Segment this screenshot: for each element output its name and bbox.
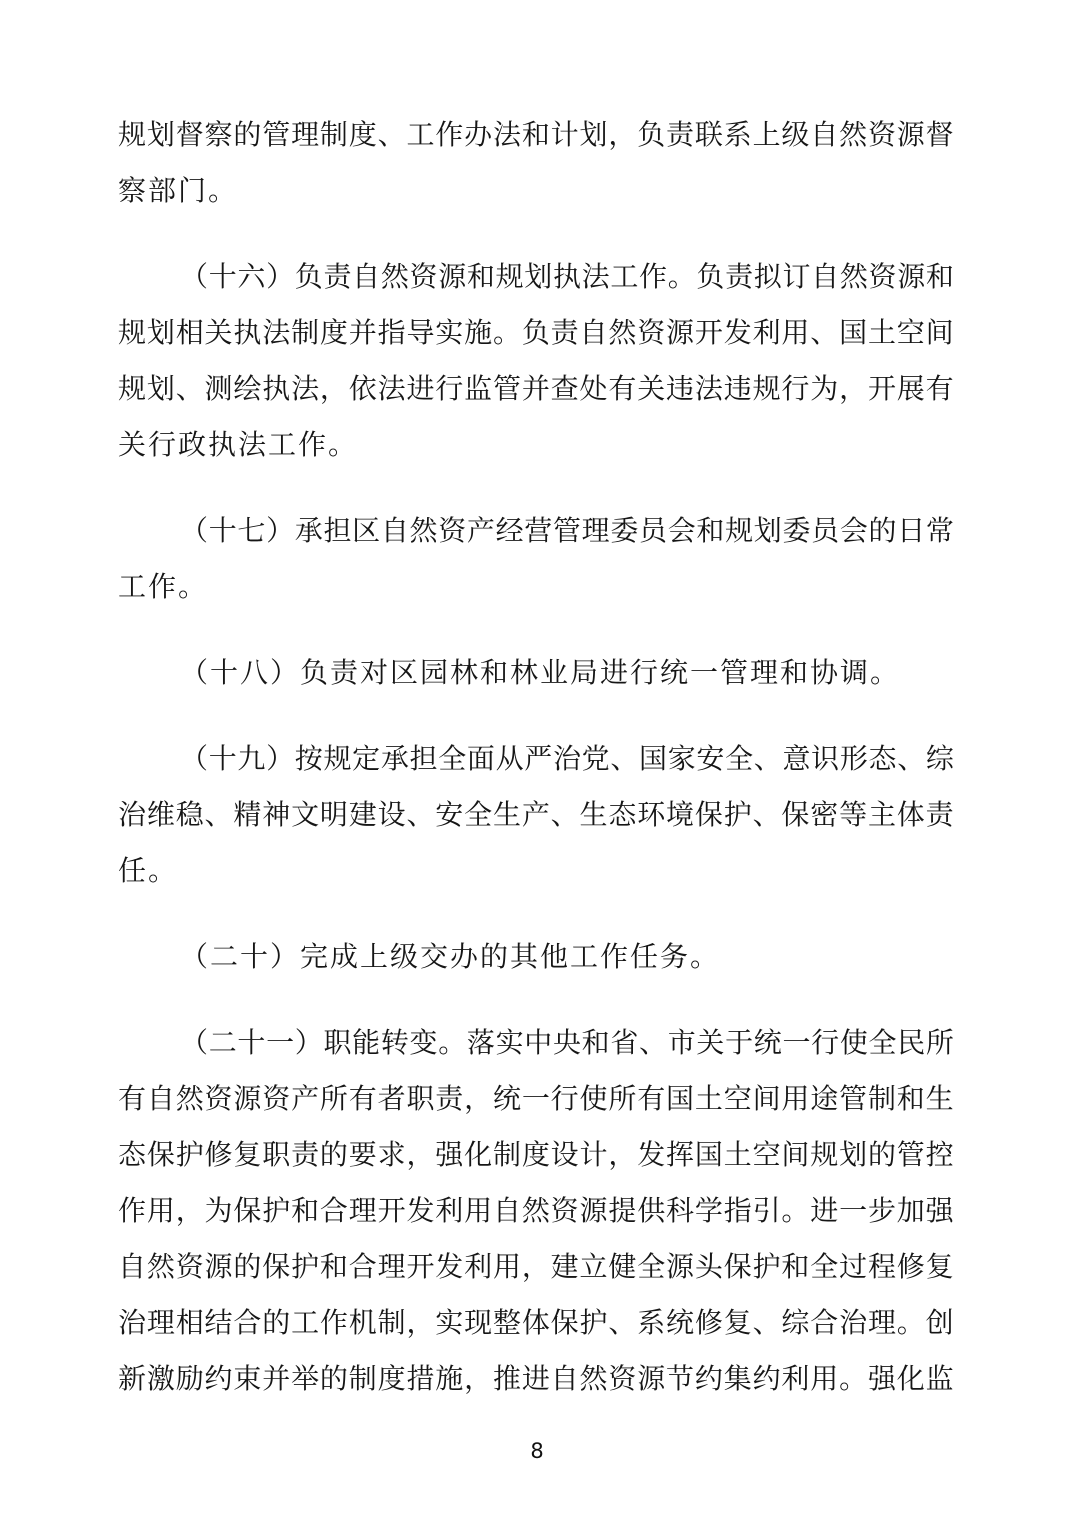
text-char: （ bbox=[180, 732, 208, 788]
text-char: 然 bbox=[522, 1184, 550, 1240]
text-char: 明 bbox=[320, 788, 348, 844]
text-char: （ bbox=[180, 1016, 208, 1072]
text-char: 机 bbox=[349, 1296, 377, 1352]
text-char: 一 bbox=[266, 1016, 294, 1072]
text-char: 九 bbox=[237, 732, 265, 788]
text-char: 实 bbox=[435, 306, 463, 362]
text-line: （十六）负责自然资源和规划执法工作。负责拟订自然资源和 bbox=[118, 250, 954, 306]
text-char: 划 bbox=[580, 108, 608, 164]
text-char: 约 bbox=[695, 1352, 723, 1408]
text-char: ， bbox=[406, 1296, 434, 1352]
text-char: 负 bbox=[696, 250, 724, 306]
text-char: 化 bbox=[897, 1352, 925, 1408]
text-char: 自 bbox=[493, 1184, 521, 1240]
text-char: 全 bbox=[869, 1016, 897, 1072]
text-char: 的 bbox=[233, 1240, 261, 1296]
text-char: 全 bbox=[464, 788, 492, 844]
text-char: 和 bbox=[291, 1184, 319, 1240]
text-char: 和 bbox=[522, 108, 550, 164]
text-char: 保 bbox=[233, 1184, 261, 1240]
text-char: 办 bbox=[464, 108, 492, 164]
text-line: （二十一）职能转变。落实中央和省、市关于统一行使全民所 bbox=[118, 1016, 954, 1072]
text-char: 督 bbox=[176, 108, 204, 164]
text-char: 委 bbox=[610, 504, 638, 560]
text-char: 担 bbox=[323, 504, 351, 560]
text-char: 生 bbox=[493, 788, 521, 844]
text-char: 保 bbox=[551, 1296, 579, 1352]
text-char: 体 bbox=[897, 788, 925, 844]
text-char: 监 bbox=[464, 362, 492, 418]
text-char: 法 bbox=[695, 362, 723, 418]
text-char: 步 bbox=[868, 1184, 896, 1240]
text-char: 会 bbox=[840, 504, 868, 560]
text-char: 十 bbox=[209, 732, 237, 788]
text-char: 职 bbox=[262, 1128, 290, 1184]
text-char: 过 bbox=[839, 1240, 867, 1296]
text-char: 工 bbox=[610, 250, 638, 306]
text-char: 资 bbox=[438, 504, 466, 560]
text-char: 利 bbox=[464, 1240, 492, 1296]
paragraph: 规划督察的管理制度、工作办法和计划，负责联系上级自然资源督察部门。 bbox=[118, 108, 954, 220]
text-char: 护 bbox=[262, 1184, 290, 1240]
text-char: 违 bbox=[724, 362, 752, 418]
text-char: 面 bbox=[467, 732, 495, 788]
text-char: 、 bbox=[753, 788, 781, 844]
text-char: 规 bbox=[323, 732, 351, 788]
text-char: 定 bbox=[352, 732, 380, 788]
text-char: 的 bbox=[320, 1352, 348, 1408]
text-char: 理 bbox=[868, 1296, 896, 1352]
text-char: 管 bbox=[262, 108, 290, 164]
text-char: 强 bbox=[868, 1352, 896, 1408]
text-char: 开 bbox=[378, 1184, 406, 1240]
text-char: 国 bbox=[839, 306, 867, 362]
text-char: 关 bbox=[637, 362, 665, 418]
text-char: 制 bbox=[291, 306, 319, 362]
text-char: 发 bbox=[406, 1184, 434, 1240]
paragraph: （十七）承担区自然资产经营管理委员会和规划委员会的日常工作。 bbox=[118, 504, 954, 616]
text-char: 等 bbox=[839, 788, 867, 844]
text-char: 束 bbox=[233, 1352, 261, 1408]
text-char: 修 bbox=[205, 1128, 233, 1184]
text-char: 一 bbox=[839, 1184, 867, 1240]
text-char: 途 bbox=[810, 1072, 838, 1128]
text-char: 。 bbox=[781, 1184, 809, 1240]
text-line: （十七）承担区自然资产经营管理委员会和规划委员会的日常 bbox=[118, 504, 954, 560]
text-char: 举 bbox=[291, 1352, 319, 1408]
text-char: 所 bbox=[608, 1072, 636, 1128]
text-char: 责 bbox=[291, 1128, 319, 1184]
text-char: 约 bbox=[753, 1352, 781, 1408]
text-char: 并 bbox=[262, 1352, 290, 1408]
text-char: 市 bbox=[668, 1016, 696, 1072]
text-char: 密 bbox=[810, 788, 838, 844]
text-char: 复 bbox=[724, 1296, 752, 1352]
text-char: 设 bbox=[378, 788, 406, 844]
text-char: 形 bbox=[840, 732, 868, 788]
text-char: 日 bbox=[897, 504, 925, 560]
text-char: 施 bbox=[464, 306, 492, 362]
text-char: 工 bbox=[406, 108, 434, 164]
text-char: 严 bbox=[524, 732, 552, 788]
text-char: 实 bbox=[496, 1016, 524, 1072]
text-char: 制 bbox=[349, 1352, 377, 1408]
text-char: 测 bbox=[205, 362, 233, 418]
text-char: 依 bbox=[349, 362, 377, 418]
text-char: 制 bbox=[493, 1128, 521, 1184]
text-char: 违 bbox=[666, 362, 694, 418]
text-char: 计 bbox=[551, 108, 579, 164]
text-char: 精 bbox=[233, 788, 261, 844]
text-char: 激 bbox=[147, 1352, 175, 1408]
text-char: 管 bbox=[493, 362, 521, 418]
text-char: 有 bbox=[118, 1072, 146, 1128]
text-char: ） bbox=[266, 250, 294, 306]
text-char: 六 bbox=[237, 250, 265, 306]
text-char: 创 bbox=[926, 1296, 954, 1352]
text-char: 员 bbox=[811, 504, 839, 560]
text-char: 护 bbox=[580, 1296, 608, 1352]
text-char: 央 bbox=[553, 1016, 581, 1072]
text-char: 自 bbox=[381, 504, 409, 560]
text-char: 法 bbox=[378, 362, 406, 418]
text-char: （ bbox=[180, 504, 208, 560]
text-char: 资 bbox=[205, 1072, 233, 1128]
text-char: 划 bbox=[147, 306, 175, 362]
text-char: 使 bbox=[580, 1072, 608, 1128]
text-char: 省 bbox=[610, 1016, 638, 1072]
text-char: 资 bbox=[410, 250, 438, 306]
text-char: 作 bbox=[118, 1184, 146, 1240]
text-char: 执 bbox=[233, 306, 261, 362]
text-char: ， bbox=[608, 1128, 636, 1184]
text-char: 空 bbox=[753, 1128, 781, 1184]
text-char: 的 bbox=[320, 1128, 348, 1184]
text-char: 保 bbox=[781, 788, 809, 844]
text-char: 制 bbox=[378, 1296, 406, 1352]
text-char: 治 bbox=[839, 1296, 867, 1352]
text-char: 治 bbox=[118, 788, 146, 844]
text-char: ， bbox=[608, 108, 636, 164]
text-char: 行 bbox=[551, 1072, 579, 1128]
text-char: 有 bbox=[608, 362, 636, 418]
text-char: ， bbox=[522, 1240, 550, 1296]
text-char: 全 bbox=[637, 1240, 665, 1296]
text-char: 合 bbox=[320, 1184, 348, 1240]
text-line: 任。 bbox=[118, 844, 954, 900]
text-char: 然 bbox=[381, 250, 409, 306]
text-line: 治维稳、精神文明建设、安全生产、生态环境保护、保密等主体责 bbox=[118, 788, 954, 844]
text-char: 。 bbox=[668, 250, 696, 306]
text-char: 中 bbox=[524, 1016, 552, 1072]
text-char: 护 bbox=[291, 1240, 319, 1296]
text-char: 的 bbox=[233, 108, 261, 164]
text-char: 、 bbox=[406, 788, 434, 844]
text-char: 的 bbox=[262, 1296, 290, 1352]
text-char: 十 bbox=[209, 250, 237, 306]
text-char: 绘 bbox=[233, 362, 261, 418]
text-char: 然 bbox=[410, 504, 438, 560]
text-char: 开 bbox=[406, 1240, 434, 1296]
text-char: 发 bbox=[637, 1128, 665, 1184]
text-char: 间 bbox=[926, 306, 954, 362]
text-char: 承 bbox=[381, 732, 409, 788]
text-char: 自 bbox=[580, 306, 608, 362]
text-char: 安 bbox=[435, 788, 463, 844]
text-char: 健 bbox=[608, 1240, 636, 1296]
text-char: 为 bbox=[205, 1184, 233, 1240]
text-char: ， bbox=[406, 1128, 434, 1184]
text-char: 要 bbox=[349, 1128, 377, 1184]
text-char: 施 bbox=[435, 1352, 463, 1408]
text-char: 用 bbox=[781, 306, 809, 362]
text-char: 进 bbox=[406, 362, 434, 418]
text-char: 现 bbox=[464, 1296, 492, 1352]
text-char: 实 bbox=[435, 1296, 463, 1352]
text-char: 、 bbox=[753, 1296, 781, 1352]
text-char: 源 bbox=[438, 250, 466, 306]
text-line: 关行政执法工作。 bbox=[118, 418, 954, 474]
text-char: 有 bbox=[349, 1072, 377, 1128]
text-char: 作 bbox=[320, 1296, 348, 1352]
text-char: 源 bbox=[580, 1184, 608, 1240]
text-char: 环 bbox=[637, 788, 665, 844]
text-char: 订 bbox=[782, 250, 810, 306]
text-char: 境 bbox=[666, 788, 694, 844]
text-char: 保 bbox=[695, 788, 723, 844]
text-char: 利 bbox=[435, 1184, 463, 1240]
text-char: 保 bbox=[147, 1128, 175, 1184]
text-char: 主 bbox=[868, 788, 896, 844]
text-line: （十九）按规定承担全面从严治党、国家安全、意识形态、综 bbox=[118, 732, 954, 788]
text-char: 常 bbox=[926, 504, 954, 560]
text-char: 所 bbox=[926, 1016, 954, 1072]
text-char: 全 bbox=[810, 1240, 838, 1296]
document-body: 规划督察的管理制度、工作办法和计划，负责联系上级自然资源督察部门。（十六）负责自… bbox=[118, 108, 954, 1408]
text-char: 修 bbox=[695, 1296, 723, 1352]
text-char: 加 bbox=[897, 1184, 925, 1240]
text-char: 规 bbox=[496, 250, 524, 306]
text-char: ， bbox=[464, 1072, 492, 1128]
text-char: 和 bbox=[926, 250, 954, 306]
text-char: 节 bbox=[666, 1352, 694, 1408]
text-line: 有自然资源资产所有者职责，统一行使所有国土空间用途管制和生 bbox=[118, 1072, 954, 1128]
text-char: 度 bbox=[522, 1128, 550, 1184]
text-char: 于 bbox=[725, 1016, 753, 1072]
text-line: 规划督察的管理制度、工作办法和计划，负责联系上级自然资源督 bbox=[118, 108, 954, 164]
text-char: 进 bbox=[522, 1352, 550, 1408]
text-char: 护 bbox=[724, 788, 752, 844]
text-char: 统 bbox=[493, 1072, 521, 1128]
text-char: 理 bbox=[147, 1296, 175, 1352]
text-char: 规 bbox=[118, 362, 146, 418]
text-char: 资 bbox=[869, 250, 897, 306]
text-char: 生 bbox=[926, 1072, 954, 1128]
text-line: （二十）完成上级交办的其他工作任务。 bbox=[118, 930, 954, 986]
text-line: 作用，为保护和合理开发利用自然资源提供科学指引。进一步加强 bbox=[118, 1184, 954, 1240]
text-char: 所 bbox=[320, 1072, 348, 1128]
text-char: 自 bbox=[147, 1072, 175, 1128]
text-char: 整 bbox=[493, 1296, 521, 1352]
text-char: 空 bbox=[897, 306, 925, 362]
text-char: 者 bbox=[378, 1072, 406, 1128]
text-char: 合 bbox=[810, 1296, 838, 1352]
text-char: 态 bbox=[118, 1128, 146, 1184]
text-char: 开 bbox=[695, 306, 723, 362]
text-char: 规 bbox=[118, 108, 146, 164]
text-char: 国 bbox=[639, 732, 667, 788]
text-char: 党 bbox=[582, 732, 610, 788]
text-char: 责 bbox=[926, 788, 954, 844]
text-char: 和 bbox=[696, 504, 724, 560]
text-char: 体 bbox=[522, 1296, 550, 1352]
text-char: 然 bbox=[608, 306, 636, 362]
text-char: 修 bbox=[897, 1240, 925, 1296]
text-char: 职 bbox=[323, 1016, 351, 1072]
text-char: 度 bbox=[349, 108, 377, 164]
text-char: 责 bbox=[666, 108, 694, 164]
text-char: 、 bbox=[639, 1016, 667, 1072]
text-char: 的 bbox=[869, 504, 897, 560]
text-char: 法 bbox=[262, 306, 290, 362]
text-char: 发 bbox=[724, 306, 752, 362]
text-char: 励 bbox=[176, 1352, 204, 1408]
text-char: 关 bbox=[205, 306, 233, 362]
text-char: 上 bbox=[753, 108, 781, 164]
text-line: 治理相结合的工作机制，实现整体保护、系统修复、综合治理。创 bbox=[118, 1296, 954, 1352]
text-char: 治 bbox=[118, 1296, 146, 1352]
text-char: 规 bbox=[753, 362, 781, 418]
text-char: 度 bbox=[320, 306, 348, 362]
text-char: 十 bbox=[209, 504, 237, 560]
text-char: 一 bbox=[522, 1072, 550, 1128]
text-char: 能 bbox=[352, 1016, 380, 1072]
text-char: ， bbox=[176, 1184, 204, 1240]
text-char: 化 bbox=[464, 1128, 492, 1184]
text-char: 然 bbox=[580, 1352, 608, 1408]
text-char: ， bbox=[320, 362, 348, 418]
text-char: 源 bbox=[233, 1072, 261, 1128]
text-char: 七 bbox=[237, 504, 265, 560]
text-char: 划 bbox=[147, 362, 175, 418]
text-char: 强 bbox=[435, 1128, 463, 1184]
text-char: 进 bbox=[810, 1184, 838, 1240]
text-char: 执 bbox=[553, 250, 581, 306]
text-char: 用 bbox=[810, 1352, 838, 1408]
text-char: 会 bbox=[668, 504, 696, 560]
text-char: 作 bbox=[639, 250, 667, 306]
text-char: 维 bbox=[147, 788, 175, 844]
text-char: 间 bbox=[753, 1072, 781, 1128]
text-char: 联 bbox=[695, 108, 723, 164]
text-char: 挥 bbox=[666, 1128, 694, 1184]
text-char: 科 bbox=[666, 1184, 694, 1240]
text-char: 自 bbox=[811, 250, 839, 306]
text-char: 用 bbox=[147, 1184, 175, 1240]
text-char: 法 bbox=[291, 362, 319, 418]
text-char: 综 bbox=[781, 1296, 809, 1352]
text-char: 间 bbox=[781, 1128, 809, 1184]
text-char: 保 bbox=[262, 1240, 290, 1296]
text-char: 制 bbox=[320, 108, 348, 164]
text-char: 资 bbox=[262, 1072, 290, 1128]
text-char: 头 bbox=[695, 1240, 723, 1296]
text-char: 并 bbox=[349, 306, 377, 362]
text-char: 行 bbox=[811, 1016, 839, 1072]
text-char: 职 bbox=[406, 1072, 434, 1128]
text-char: 规 bbox=[118, 306, 146, 362]
text-char: 资 bbox=[868, 108, 896, 164]
text-char: 理 bbox=[349, 1184, 377, 1240]
text-char: 制 bbox=[868, 1072, 896, 1128]
text-char: 源 bbox=[205, 1240, 233, 1296]
text-char: 自 bbox=[810, 108, 838, 164]
text-char: 强 bbox=[926, 1184, 954, 1240]
text-char: 行 bbox=[435, 362, 463, 418]
paragraph: （二十）完成上级交办的其他工作任务。 bbox=[118, 930, 954, 986]
text-char: 指 bbox=[378, 306, 406, 362]
text-char: 、 bbox=[754, 732, 782, 788]
text-char: 负 bbox=[522, 306, 550, 362]
text-char: 土 bbox=[724, 1128, 752, 1184]
text-char: 源 bbox=[897, 250, 925, 306]
text-char: 识 bbox=[811, 732, 839, 788]
text-char: 然 bbox=[840, 250, 868, 306]
text-char: 从 bbox=[496, 732, 524, 788]
text-char: 约 bbox=[205, 1352, 233, 1408]
text-char: 、 bbox=[551, 788, 579, 844]
text-char: 意 bbox=[782, 732, 810, 788]
text-char: 用 bbox=[781, 1072, 809, 1128]
text-char: 担 bbox=[410, 732, 438, 788]
text-char: 、 bbox=[608, 1296, 636, 1352]
text-char: 然 bbox=[176, 1072, 204, 1128]
text-char: 一 bbox=[782, 1016, 810, 1072]
text-char: 察 bbox=[205, 108, 233, 164]
text-char: 的 bbox=[868, 1128, 896, 1184]
text-char: 护 bbox=[753, 1240, 781, 1296]
text-line: 规划相关执法制度并指导实施。负责自然资源开发利用、国土空间 bbox=[118, 306, 954, 362]
text-char: 开 bbox=[868, 362, 896, 418]
text-char: 使 bbox=[840, 1016, 868, 1072]
text-char: 监 bbox=[926, 1352, 954, 1408]
text-char: 安 bbox=[696, 732, 724, 788]
text-char: 资 bbox=[608, 1352, 636, 1408]
text-char: 变 bbox=[410, 1016, 438, 1072]
text-char: 全 bbox=[725, 732, 753, 788]
text-char: 员 bbox=[639, 504, 667, 560]
text-char: 资 bbox=[176, 1240, 204, 1296]
text-char: 负 bbox=[637, 108, 665, 164]
paragraph: （十六）负责自然资源和规划执法工作。负责拟订自然资源和规划相关执法制度并指导实施… bbox=[118, 250, 954, 474]
text-char: 产 bbox=[467, 504, 495, 560]
text-char: 。 bbox=[493, 306, 521, 362]
text-char: 、 bbox=[897, 732, 925, 788]
text-char: 理 bbox=[378, 1240, 406, 1296]
text-char: 引 bbox=[753, 1184, 781, 1240]
text-char: 。 bbox=[839, 1352, 867, 1408]
text-char: 划 bbox=[524, 250, 552, 306]
text-char: 理 bbox=[291, 108, 319, 164]
text-char: 用 bbox=[464, 1184, 492, 1240]
text-char: 和 bbox=[897, 1072, 925, 1128]
text-char: 家 bbox=[668, 732, 696, 788]
text-char: 、 bbox=[205, 788, 233, 844]
text-char: 用 bbox=[493, 1240, 521, 1296]
text-char: 保 bbox=[724, 1240, 752, 1296]
text-char: 源 bbox=[897, 108, 925, 164]
text-char: 复 bbox=[926, 1240, 954, 1296]
